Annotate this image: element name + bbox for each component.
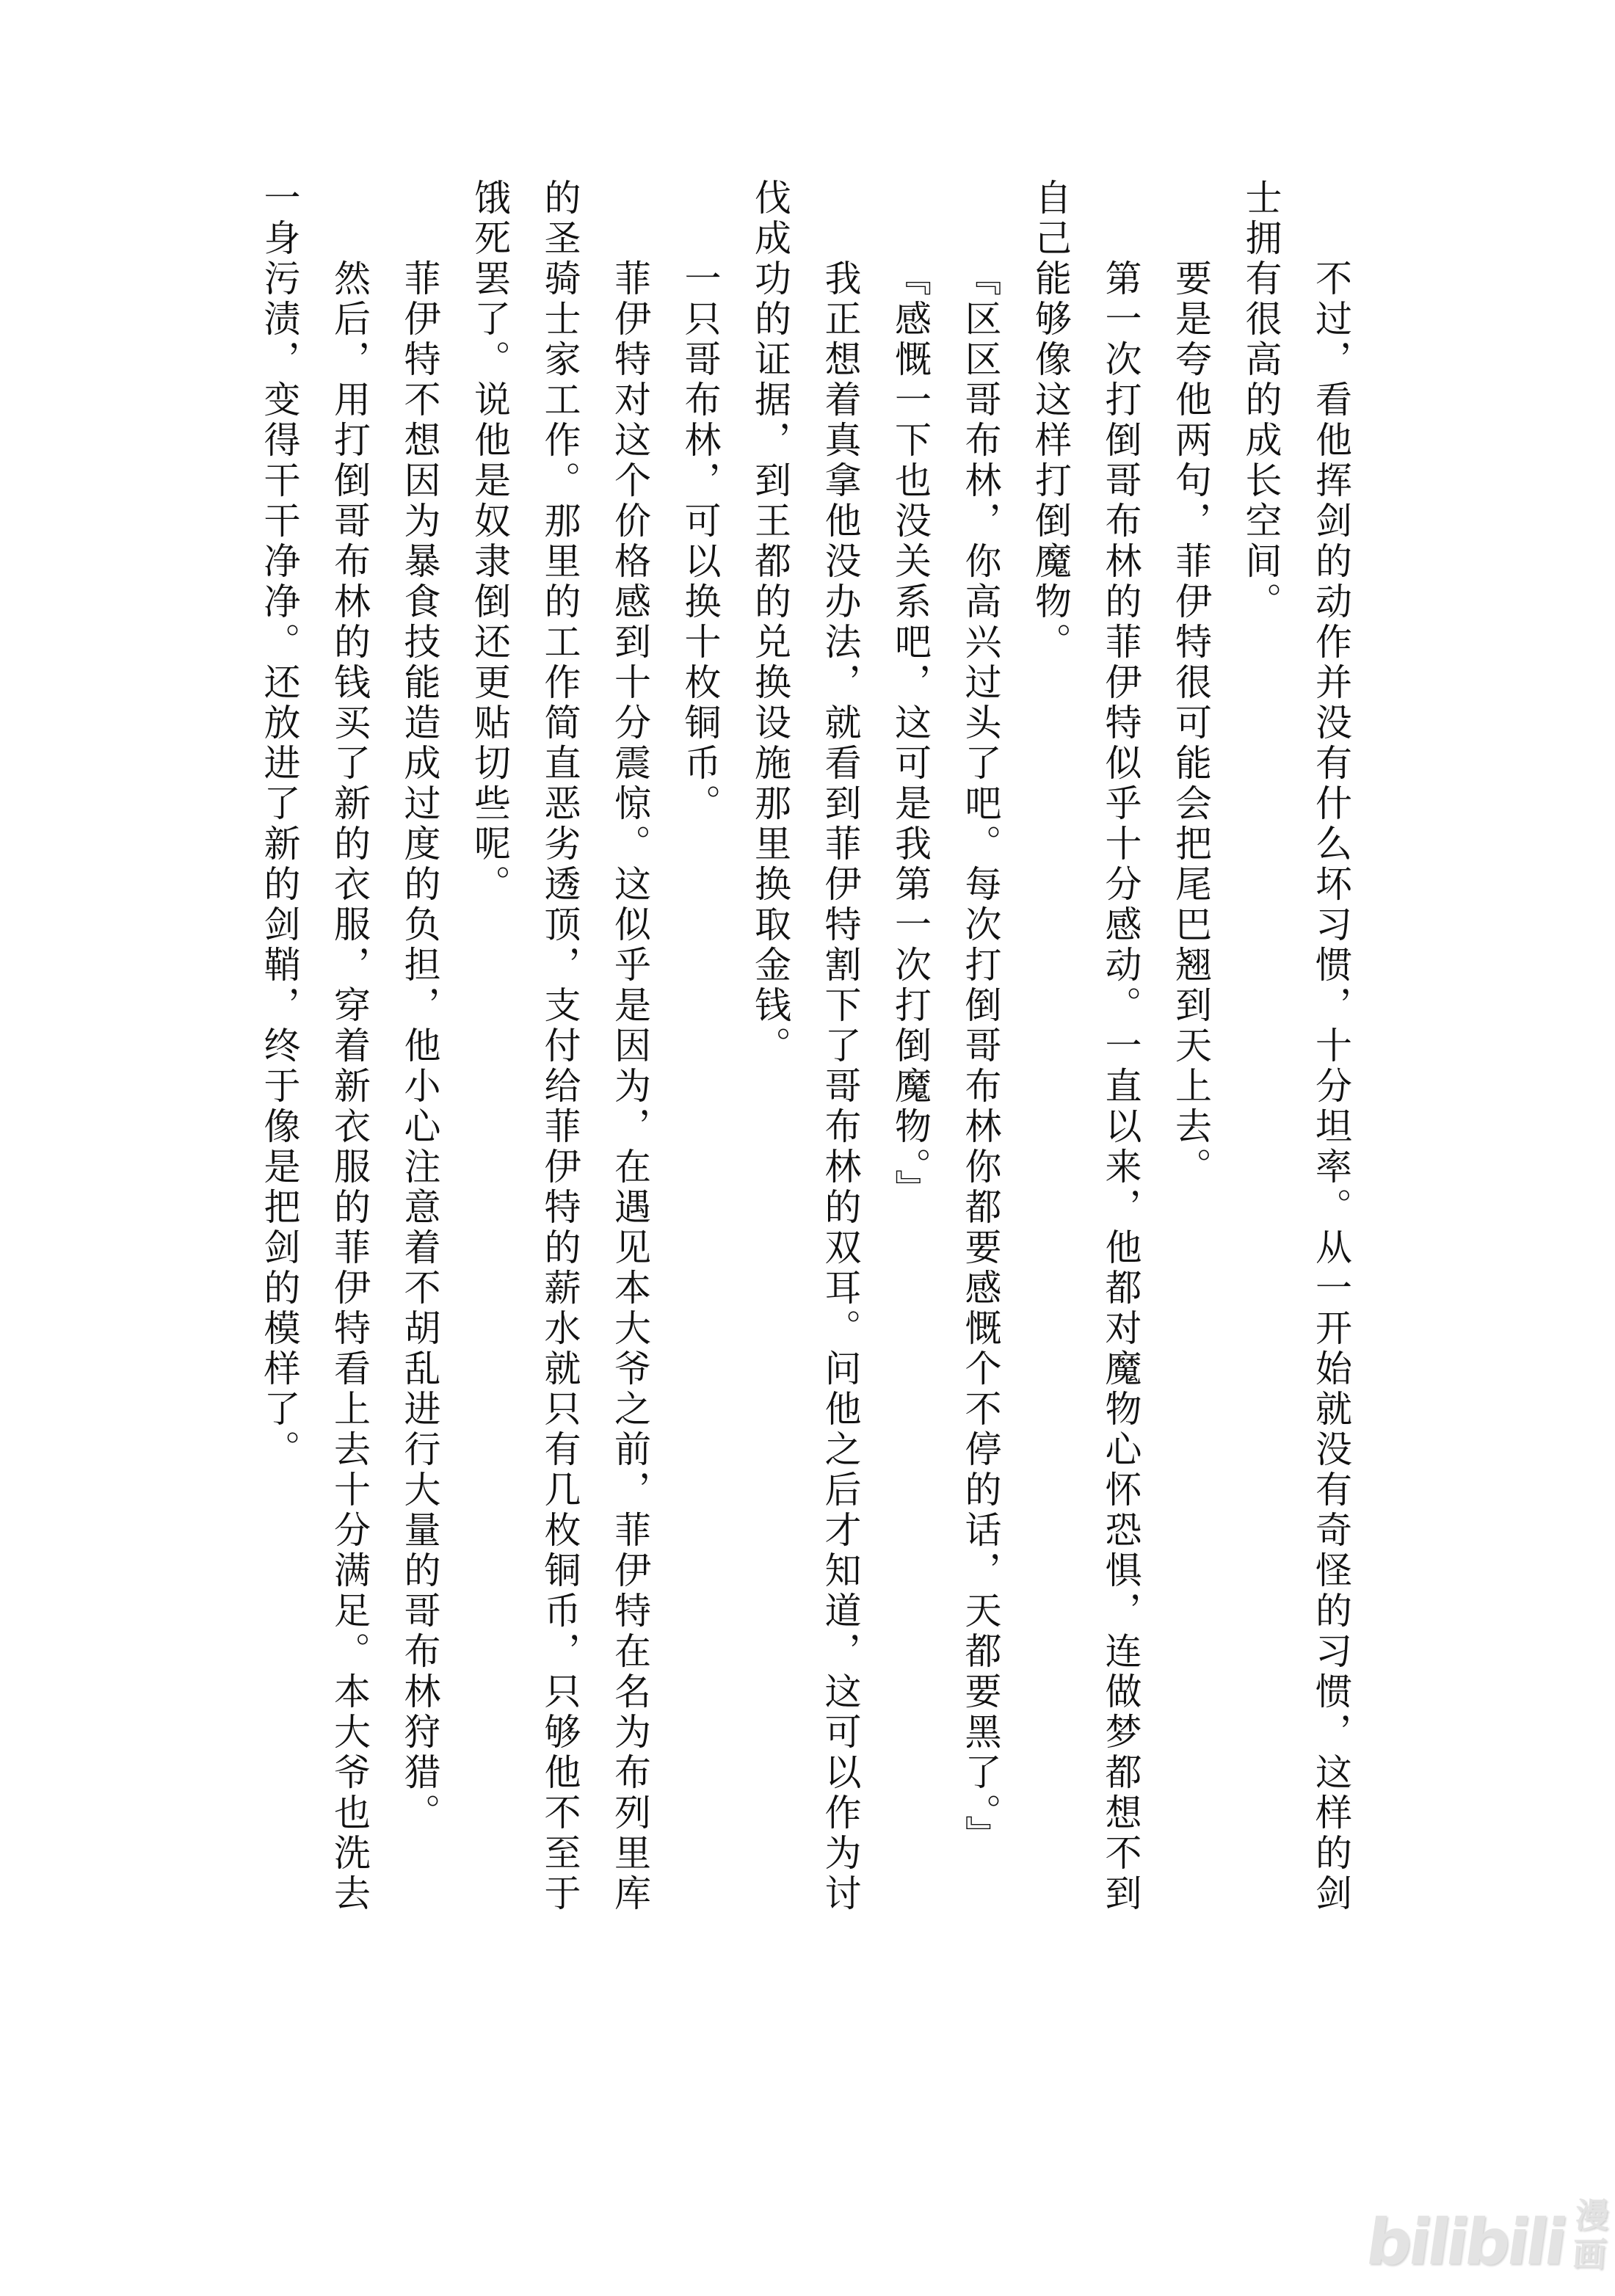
paragraph-7: 一只哥布林，可以换十枚铜币。 bbox=[664, 178, 735, 1918]
bilibili-logo-icon: bilibili bbox=[1362, 2211, 1568, 2274]
novel-text-block: 不过，看他挥剑的动作并没有什么坏习惯，十分坦率。从一开始就没有奇怪的习惯，这样的… bbox=[244, 178, 1365, 1918]
paragraph-9: 菲伊特不想因为暴食技能造成过度的负担，他小心注意着不胡乱进行大量的哥布林狩猎。 bbox=[384, 178, 454, 1918]
paragraph-2: 要是夸他两句，菲伊特很可能会把尾巴翘到天上去。 bbox=[1155, 178, 1226, 1918]
paragraph-3: 第一次打倒哥布林的菲伊特似乎十分感动。一直以来，他都对魔物心怀恐惧，连做梦都想不… bbox=[1015, 178, 1155, 1918]
manga-char-bottom: 画 bbox=[1571, 2235, 1608, 2274]
paragraph-6: 我正想着真拿他没办法，就看到菲伊特割下了哥布林的双耳。问他之后才知道，这可以作为… bbox=[735, 178, 875, 1918]
paragraph-8: 菲伊特对这个价格感到十分震惊。这似乎是因为，在遇见本大爷之前，菲伊特在名为布列里… bbox=[454, 178, 665, 1918]
bilibili-watermark: bilibili 漫 画 bbox=[1367, 2179, 1608, 2274]
bilibili-manga-label: 漫 画 bbox=[1571, 2196, 1610, 2274]
paragraph-5: 『感慨一下也没关系吧，这可是我第一次打倒魔物。』 bbox=[875, 178, 946, 1918]
novel-page: 不过，看他挥剑的动作并没有什么坏习惯，十分坦率。从一开始就没有奇怪的习惯，这样的… bbox=[0, 0, 1615, 2296]
paragraph-1: 不过，看他挥剑的动作并没有什么坏习惯，十分坦率。从一开始就没有奇怪的习惯，这样的… bbox=[1225, 178, 1365, 1918]
manga-char-top: 漫 bbox=[1574, 2196, 1611, 2235]
paragraph-4: 『区区哥布林，你高兴过头了吧。每次打倒哥布林你都要感慨个不停的话，天都要黑了。』 bbox=[945, 178, 1015, 1918]
paragraph-10: 然后，用打倒哥布林的钱买了新的衣服，穿着新衣服的菲伊特看上去十分满足。本大爷也洗… bbox=[244, 178, 384, 1918]
